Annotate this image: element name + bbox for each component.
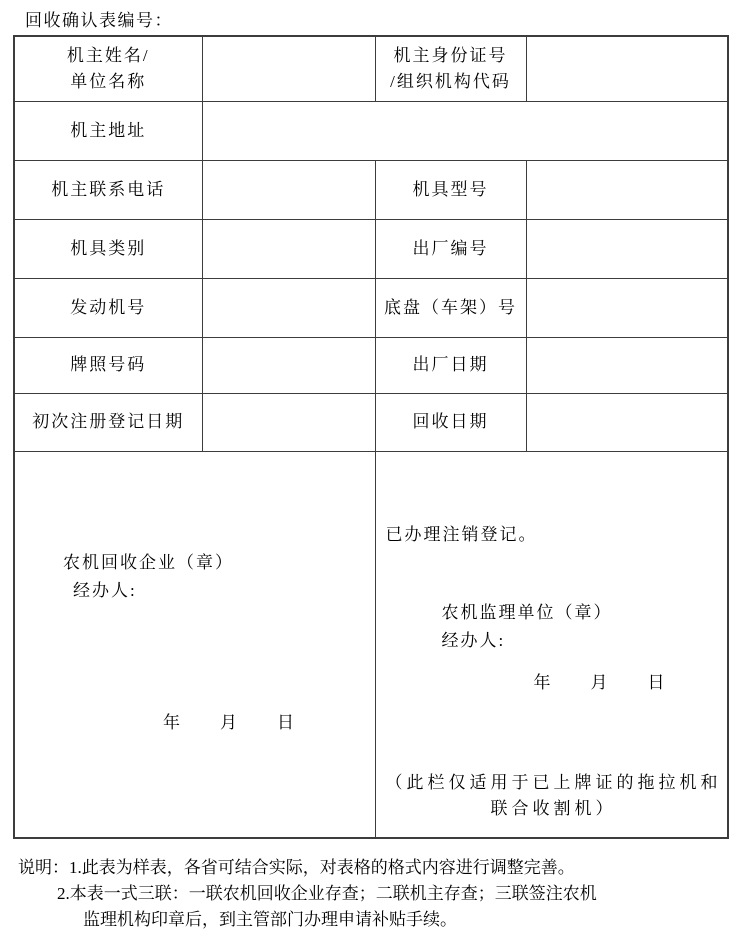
recycle-company-signature-cell: 农机回收企业（章） 经办人: 年 月 日 (14, 451, 375, 838)
field-label-owner-phone: 机主联系电话 (14, 160, 202, 219)
field-value-machine-model (526, 160, 728, 219)
field-value-engine-number (202, 278, 375, 337)
recycle-company-date-label: 年 月 日 (163, 710, 296, 736)
applicability-remark-line1: （此栏仅适用于已上牌证的拖拉机和 (382, 770, 726, 796)
field-value-first-registration-date (202, 393, 375, 451)
owner-id-label-line1: 机主身份证号 (376, 43, 526, 69)
owner-id-label-line2: /组织机构代码 (376, 69, 526, 95)
field-label-owner-address: 机主地址 (14, 101, 202, 160)
table-row: 机主姓名/ 单位名称 机主身份证号 /组织机构代码 (14, 36, 728, 101)
recycle-company-seal-label: 农机回收企业（章） (63, 550, 234, 576)
field-value-factory-date (526, 337, 728, 393)
field-value-owner-name (202, 36, 375, 101)
owner-name-label-line1: 机主姓名/ (15, 43, 202, 69)
field-label-owner-name: 机主姓名/ 单位名称 (14, 36, 202, 101)
document-page: 回收确认表编号： 机主姓名/ 单位名称 机主身份证号 /组织机构代码 机主地址 (0, 0, 741, 935)
field-label-owner-id: 机主身份证号 /组织机构代码 (375, 36, 526, 101)
table-row: 发动机号 底盘（车架）号 (14, 278, 728, 337)
field-label-factory-date: 出厂日期 (375, 337, 526, 393)
table-row: 机主地址 (14, 101, 728, 160)
field-label-factory-number: 出厂编号 (375, 219, 526, 278)
footnote-line2: 2.本表一式三联：一联农机回收企业存查；二联机主存查；三联签注农机 (0, 881, 741, 907)
form-number-label: 回收确认表编号： (25, 6, 173, 31)
table-row: 初次注册登记日期 回收日期 (14, 393, 728, 451)
table-row: 机具类别 出厂编号 (14, 219, 728, 278)
recycle-confirmation-table: 机主姓名/ 单位名称 机主身份证号 /组织机构代码 机主地址 机主联系电话 机具… (13, 35, 729, 839)
table-row: 机主联系电话 机具型号 (14, 160, 728, 219)
deregistration-note: 已办理注销登记。 (386, 522, 538, 548)
footnotes: 说明：1.此表为样表，各省可结合实际，对表格的格式内容进行调整完善。 2.本表一… (0, 855, 741, 933)
field-label-plate-number: 牌照号码 (14, 337, 202, 393)
field-value-chassis-number (526, 278, 728, 337)
field-label-first-registration-date: 初次注册登记日期 (14, 393, 202, 451)
field-value-owner-phone (202, 160, 375, 219)
field-value-recycle-date (526, 393, 728, 451)
field-value-owner-id (526, 36, 728, 101)
footnote-line1: 说明：1.此表为样表，各省可结合实际，对表格的格式内容进行调整完善。 (0, 855, 741, 881)
applicability-remark-line2: 联合收割机） (382, 796, 726, 822)
field-label-machine-model: 机具型号 (375, 160, 526, 219)
field-label-engine-number: 发动机号 (14, 278, 202, 337)
supervision-unit-handler-label: 经办人: (442, 628, 506, 654)
field-value-plate-number (202, 337, 375, 393)
table-row: 牌照号码 出厂日期 (14, 337, 728, 393)
supervision-unit-signature-cell: 已办理注销登记。 农机监理单位（章） 经办人: 年 月 日 （此栏仅适用于已上牌… (375, 451, 728, 838)
field-label-machine-category: 机具类别 (14, 219, 202, 278)
field-value-factory-number (526, 219, 728, 278)
field-value-machine-category (202, 219, 375, 278)
field-value-owner-address (202, 101, 728, 160)
supervision-unit-date-label: 年 月 日 (534, 670, 667, 696)
signature-row: 农机回收企业（章） 经办人: 年 月 日 已办理注销登记。 农机监理单位（章） … (14, 451, 728, 838)
footnote-line3: 监理机构印章后，到主管部门办理申请补贴手续。 (0, 907, 741, 933)
field-label-recycle-date: 回收日期 (375, 393, 526, 451)
owner-name-label-line2: 单位名称 (15, 69, 202, 95)
field-label-chassis-number: 底盘（车架）号 (375, 278, 526, 337)
supervision-unit-seal-label: 农机监理单位（章） (442, 600, 613, 626)
recycle-company-handler-label: 经办人: (73, 578, 137, 604)
applicability-remark: （此栏仅适用于已上牌证的拖拉机和 联合收割机） (382, 770, 726, 822)
